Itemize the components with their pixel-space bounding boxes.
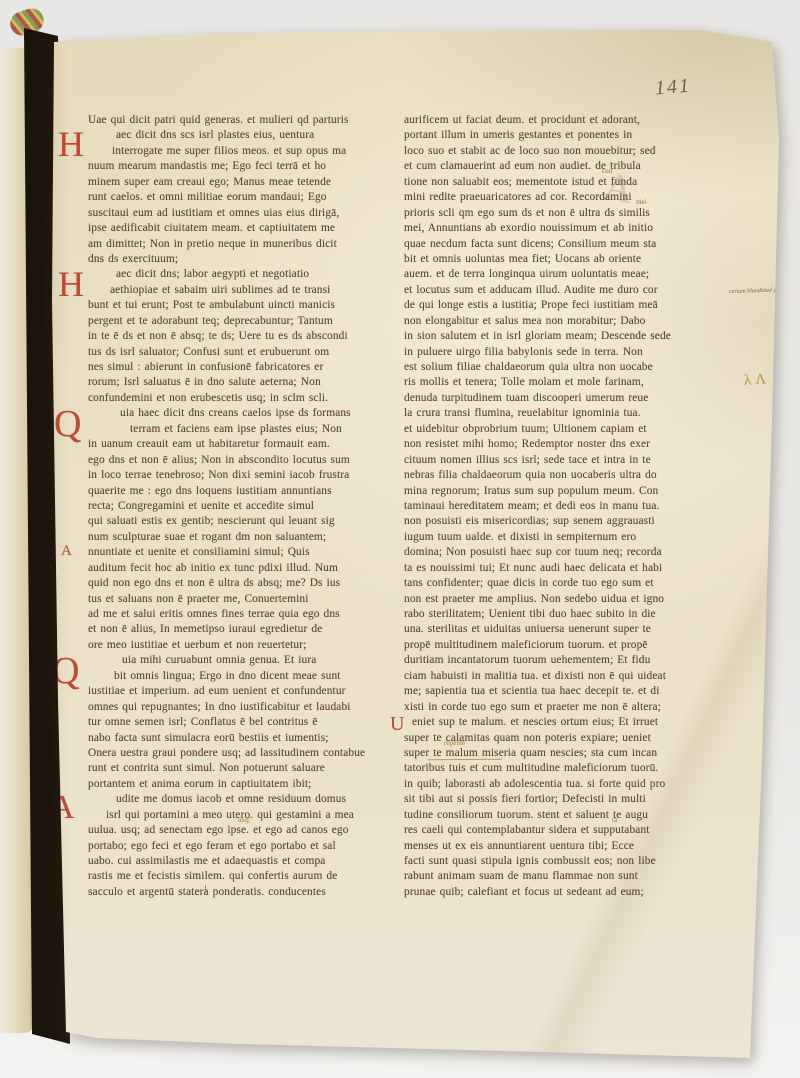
manuscript-text-line: et uidebitur obprobrium tuum; Ultionem c… <box>404 422 716 437</box>
manuscript-text-line: aethiopiae et sabaim uiri sublimes ad te… <box>88 283 400 298</box>
gold-margin-marks-right: λΛ <box>743 371 770 390</box>
manuscript-text-line: uia haec dicit dns creans caelos ipse ds… <box>88 406 400 421</box>
manuscript-text-line: in sion salutem et in isrl gloriam meam;… <box>404 329 716 344</box>
text-column-left: Uae qui dicit patri quid generas. et mul… <box>88 113 400 900</box>
manuscript-text-line: ego dns et non ē alius; Non in abscondit… <box>88 453 400 468</box>
manuscript-text-line: in puluere uirgo filia babylonis sede in… <box>404 345 716 360</box>
manuscript-text-line: nuum mearum mandastis me; Ego feci terrā… <box>88 159 400 174</box>
manuscript-text-line: mini redite praeuaricatores ad cor. Reco… <box>404 190 716 205</box>
manuscript-text-line: omnes qui repugnantes; In dno iustificab… <box>88 700 400 715</box>
manuscript-text-line: aec dicit dns scs isrl plastes eius, uen… <box>88 128 400 143</box>
manuscript-text-line: rorum; Isrl saluatus ē in dno salute aet… <box>88 375 400 390</box>
illuminated-initial: A <box>50 791 75 825</box>
correction-mark: ! <box>204 884 207 894</box>
manuscript-text-line: non posuisti eis misericordias; sup sene… <box>404 514 716 529</box>
illuminated-initial: Q <box>54 405 82 443</box>
manuscript-text-line: minem super eam creaui ego; Manus meae t… <box>88 175 400 190</box>
manuscript-text-line: tatoribus tuis et cum multitudine malefi… <box>404 761 716 776</box>
manuscript-text-line: qui saluati estis ex gentib; nescierunt … <box>88 514 400 529</box>
manuscript-text-line: in te ē ds et non ē absq; te ds; Uere tu… <box>88 329 400 344</box>
manuscript-text-line: ciam habuisti in malitia tua. et dixisti… <box>404 669 716 684</box>
manuscript-text-line: ipse aedificabit ciuitatem meam. et capt… <box>88 221 400 236</box>
manuscript-text-line: mei, Annuntians ab exordio nouissimum et… <box>404 221 716 236</box>
manuscript-text-line: mina regnorum; Iratus sum sup populum me… <box>404 484 716 499</box>
manuscript-text-line: portabo; ego feci et ego feram et ego po… <box>88 839 400 854</box>
manuscript-text-line: nnuntiate et uenite et consiliamini simu… <box>88 545 400 560</box>
manuscript-text-line: prioris scli qm ego sum ds et non ē ultr… <box>404 206 716 221</box>
manuscript-text-line: nebras filia chaldaeorum quia non uocabe… <box>404 468 716 483</box>
manuscript-text-line: iugum tuum ualde. et dixisti in sempiter… <box>404 530 716 545</box>
manuscript-text-line: dns ds exercituum; <box>88 252 400 267</box>
manuscript-text-line: runt caelos. et omni militiae eorum mand… <box>88 190 400 205</box>
manuscript-text-line: terram et faciens eam ipse plastes eius;… <box>88 422 400 437</box>
manuscript-text-line: portantem et anima eorum in captiuitatem… <box>88 777 400 792</box>
manuscript-text-line: runt et contrita sunt simul. Non potueru… <box>88 761 400 776</box>
manuscript-text-line: in loco terrae tenebroso; Non dixi semin… <box>88 468 400 483</box>
manuscript-text-line: quae necdum facta sunt dicens; Consilium… <box>404 237 716 252</box>
manuscript-text-line: rastis me et fecistis similem. qui confe… <box>88 869 400 884</box>
manuscript-text-line: auem. et de terra longinqua uirum uolunt… <box>404 267 716 282</box>
manuscript-text-line: bunt et tui erunt; Post te ambulabunt ui… <box>88 298 400 313</box>
manuscript-text-line: et locutus sum et adducam illud. Audite … <box>404 283 716 298</box>
manuscript-text-line: bit et omnis uoluntas mea fiet; Uocans a… <box>404 252 716 267</box>
manuscript-text-line: est solium filiae chaldaeorum quia ultra… <box>404 360 716 375</box>
manuscript-text-line: in uanum creauit eam ut habitaretur form… <box>88 437 400 452</box>
manuscript-text-line: menses ut ex eis annuntiarent uentura ti… <box>404 839 716 854</box>
manuscript-text-line: in quib; laborasti ab adolescentia tua. … <box>404 777 716 792</box>
interlinear-gloss: usq; <box>238 817 250 824</box>
manuscript-text-line: udite me domus iacob et omne residuum do… <box>88 792 400 807</box>
manuscript-text-line: aurificem ut faciat deum. et procidunt e… <box>404 113 716 128</box>
manuscript-text-line: num sculpturae suae et rogant dm non sal… <box>88 530 400 545</box>
manuscript-text-line: eniet sup te malum. et nescies ortum eiu… <box>404 715 716 730</box>
interlinear-gloss: repente <box>444 740 465 747</box>
manuscript-text-line: cituum nomen illius scs isrl; sede tace … <box>404 453 716 468</box>
manuscript-text-line: non elongabitur et salus mea non morabit… <box>404 314 716 329</box>
manuscript-text-line: me; sapientia tua et scientia tua haec d… <box>404 684 716 699</box>
manuscript-text-line: rabo sterilitatem; Uenient tibi duo haec… <box>404 607 716 622</box>
manuscript-text-line: sit tibi aut si possis fieri fortior; De… <box>404 792 716 807</box>
manuscript-text-line: de qui longe estis a iustitia; Prope fec… <box>404 298 716 313</box>
gold-margin-mark-left: λG <box>42 707 57 719</box>
manuscript-text-line: ad me et salui eritis omnes fines terrae… <box>88 607 400 622</box>
manuscript-text-line: ris mollis et tenera; Tolle molam et mol… <box>404 375 716 390</box>
manuscript-text-line: denuda turpitudinem tuam discooperi umer… <box>404 391 716 406</box>
manuscript-text-line: tur omne semen isrl; Conflatus ē bel con… <box>88 715 400 730</box>
illuminated-initial: A <box>61 544 72 559</box>
manuscript-text-line: la crura transi flumina, reuelabitur ign… <box>404 406 716 421</box>
manuscript-text-line: interrogate me super filios meos. et sup… <box>88 144 400 159</box>
manuscript-text-line: recta; Congregamini et uenite et accedit… <box>88 499 400 514</box>
manuscript-text-line: duritiam incantatorum tuorum uehementem;… <box>404 653 716 668</box>
manuscript-text-line: xisti in corde tuo ego sum et praeter me… <box>404 700 716 715</box>
manuscript-text-line: una. sterilitas et uiduitas uniuersa uen… <box>404 622 716 637</box>
manuscript-text-line: ta es nouissimi tui; Et nunc audi haec d… <box>404 561 716 576</box>
illuminated-initial: Q <box>52 652 80 690</box>
manuscript-text-line: confundemini et non erubescetis usq; in … <box>88 391 400 406</box>
folio-number: 141 <box>654 74 692 100</box>
manuscript-text-line: aec dicit dns; labor aegypti et negotiat… <box>88 267 400 282</box>
manuscript-text-line: portant illum in umeris gestantes et pon… <box>404 128 716 143</box>
manuscript-text-line: tione non saluabit eos; mementote istud … <box>404 175 716 190</box>
manuscript-text-line: nes simul : abierunt in confusionē fabri… <box>88 360 400 375</box>
manuscript-text-line: ore meo iustitiae et uerbum et non reuer… <box>88 638 400 653</box>
manuscript-text-line: non resistet mihi homo; Redemptor noster… <box>404 437 716 452</box>
manuscript-text-line: auditum fecit hoc ab initio ex tunc pdix… <box>88 561 400 576</box>
manuscript-text-line: iustitiae et imperium. ad eum uenient et… <box>88 684 400 699</box>
manuscript-text-line: pergent et te adorabunt teq; deprecabunt… <box>88 314 400 329</box>
manuscript-text-line: domina; Non posuisti haec sup cor tuum n… <box>404 545 716 560</box>
manuscript-text-line: bit omnis lingua; Ergo in dno dicent mea… <box>88 669 400 684</box>
manuscript-text-line: res caeli qui contemplabantur sidera et … <box>404 823 716 838</box>
manuscript-text-line: nabo facta sunt simulacra eorū bestiis e… <box>88 731 400 746</box>
manuscript-text-line: et non ē alius, In memetipso iuraui egre… <box>88 622 400 637</box>
manuscript-text-line: uulua. usq; ad senectam ego ipse. et ego… <box>88 823 400 838</box>
interlinear-gloss: mei <box>636 199 647 206</box>
illuminated-initial: U <box>390 714 405 734</box>
manuscript-text-line: sacculo et argentū statera ponderatis. c… <box>88 885 400 900</box>
manuscript-text-line: Onera uestra graui pondere usq; ad lassi… <box>88 746 400 761</box>
manuscript-text-line: tans confidenter; quae dicis in corde tu… <box>404 576 716 591</box>
manuscript-text-line: tus et saluans non ē praeter me, Conuert… <box>88 592 400 607</box>
manuscript-text-line: tus ds isrl saluator; Confusi sunt et er… <box>88 345 400 360</box>
manuscript-text-line: non est praeter me amplius. Non sedebo u… <box>404 592 716 607</box>
manuscript-text-line: uia mihi curuabunt omnia genua. Et iura <box>88 653 400 668</box>
manuscript-text-line: Uae qui dicit patri quid generas. et mul… <box>88 113 400 128</box>
manuscript-text-line: tudine consiliorum tuorum. stent et salu… <box>404 808 716 823</box>
manuscript-text-line: facti sunt quasi stipula ignis combussit… <box>404 854 716 869</box>
interlinear-gloss: ta <box>612 817 617 824</box>
manuscript-text-line: quid non ego dns et non ē ultra ds absq;… <box>88 576 400 591</box>
manuscript-photo: 141 141 Uae qui dicit patri quid generas… <box>0 0 800 1078</box>
manuscript-text-line: loco suo et stabit ac de loco suo non mo… <box>404 144 716 159</box>
manuscript-text-line: am dimittet; Non in pretio neque in mune… <box>88 237 400 252</box>
text-column-right: aurificem ut faciat deum. et procidunt e… <box>404 113 716 900</box>
manuscript-text-line: et cum clamauerint ad eum non audiet. de… <box>404 159 716 174</box>
illuminated-initial: H <box>58 126 84 162</box>
manuscript-text-line: suscitaui eum ad iustitiam et omnes uias… <box>88 206 400 221</box>
faint-corner-number: 141 <box>747 21 763 34</box>
marginal-annotation: certam blanditiad y <box>729 287 795 295</box>
page-shadow: 141 141 Uae qui dicit patri quid generas… <box>0 0 800 1078</box>
manuscript-text-line: quaerite me : ego dns loquens iustitiam … <box>88 484 400 499</box>
manuscript-text-line: taminaui hereditatem meam; et dedi eos i… <box>404 499 716 514</box>
manuscript-text-line: uabo. cui assimilastis me et adaequastis… <box>88 854 400 869</box>
manuscript-text-line: rabunt animam suam de manu flammae non s… <box>404 869 716 884</box>
manuscript-text-line: propē multitudinem maleficiorum tuorum. … <box>404 638 716 653</box>
illuminated-initial: H <box>58 266 84 302</box>
manuscript-page: 141 141 Uae qui dicit patri quid generas… <box>0 0 800 1078</box>
manuscript-text-line: prunae quib; calefiant et focus ut sedea… <box>404 885 716 900</box>
